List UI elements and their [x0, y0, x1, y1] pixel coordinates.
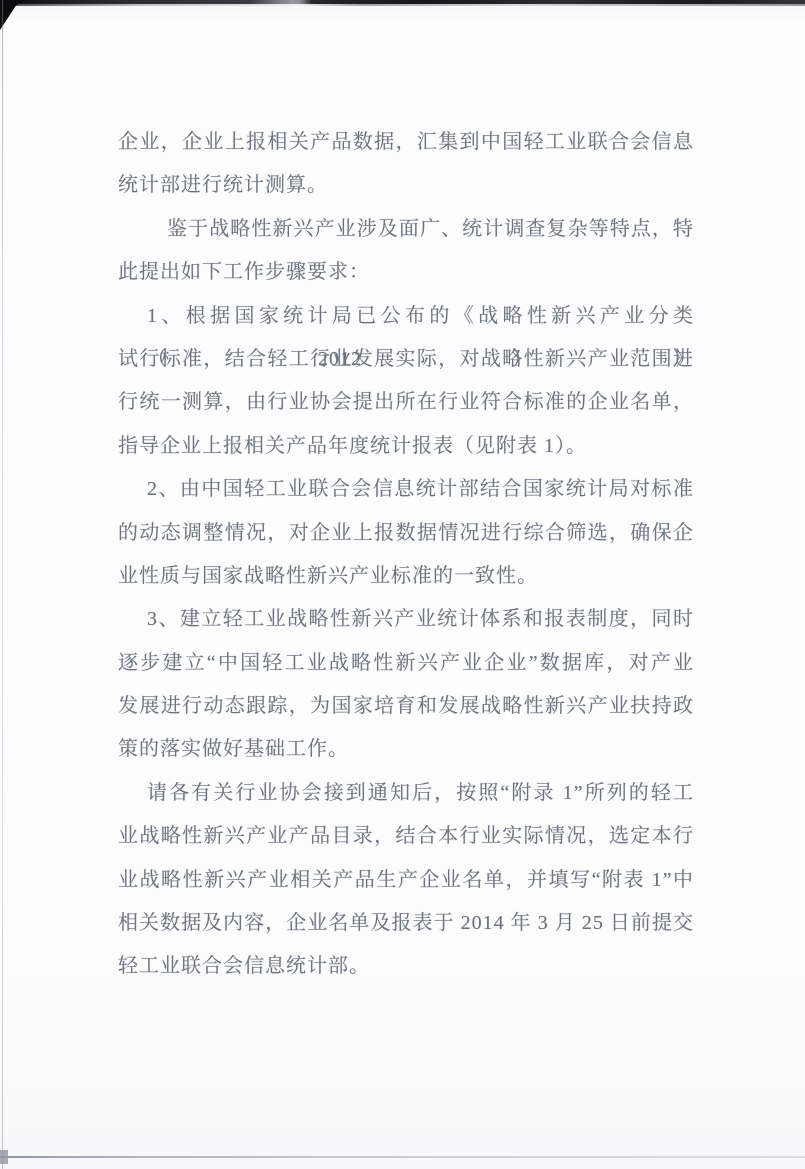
scan-edge-top-shadow: [0, 4, 805, 6]
text-line: 统计部进行统计测算。: [118, 164, 694, 207]
text-line: 策的落实做好基础工作。: [118, 728, 694, 771]
scan-edge-bottom: [0, 1156, 805, 1158]
text-line: 2、由中国轻工业联合会信息统计部结合国家统计局对标准: [118, 468, 694, 511]
text-line: 业性质与国家战略性新兴产业标准的一致性。: [118, 555, 694, 598]
text-line: 请各有关行业协会接到通知后，按照“附录 1”所列的轻工: [118, 772, 694, 815]
scan-edge-left: [2, 0, 3, 1169]
text-line: 企业，企业上报相关产品数据，汇集到中国轻工业联合会信息: [118, 121, 694, 164]
text-line: 此提出如下工作步骤要求：: [118, 251, 694, 294]
text-line: 行统一测算，由行业协会提出所在行业符合标准的企业名单，: [118, 381, 694, 424]
text-line: 的动态调整情况，对企业上报数据情况进行综合筛选，确保企: [118, 512, 694, 555]
page-text: 企业，企业上报相关产品数据，汇集到中国轻工业联合会信息统计部进行统计测算。鉴于战…: [118, 121, 694, 989]
text-line: 业战略性新兴产业相关产品生产企业名单，并填写“附表 1”中: [118, 859, 694, 902]
text-line: 轻工业联合会信息统计部。: [118, 945, 694, 988]
text-line: 逐步建立“中国轻工业战略性新兴产业企业”数据库，对产业: [118, 642, 694, 685]
text-line: 相关数据及内容，企业名单及报表于 2014 年 3 月 25 日前提交: [118, 902, 694, 945]
text-line: 业战略性新兴产业产品目录，结合本行业实际情况，选定本行: [118, 815, 694, 858]
text-line: 1、根据国家统计局已公布的《战略性新兴产业分类（2012）》: [118, 295, 694, 338]
text-line: 鉴于战略性新兴产业涉及面广、统计调查复杂等特点，特: [118, 208, 694, 251]
text-line: 发展进行动态跟踪，为国家培育和发展战略性新兴产业扶持政: [118, 685, 694, 728]
text-line: 指导企业上报相关产品年度统计报表（见附表 1）。: [118, 425, 694, 468]
scan-mark-bottom-left: [0, 1150, 8, 1164]
text-line: 3、建立轻工业战略性新兴产业统计体系和报表制度，同时: [118, 598, 694, 641]
scanned-page: 企业，企业上报相关产品数据，汇集到中国轻工业联合会信息统计部进行统计测算。鉴于战…: [0, 0, 805, 1169]
text-line: 试行标准，结合轻工行业发展实际，对战略性新兴产业范围进: [118, 338, 694, 381]
